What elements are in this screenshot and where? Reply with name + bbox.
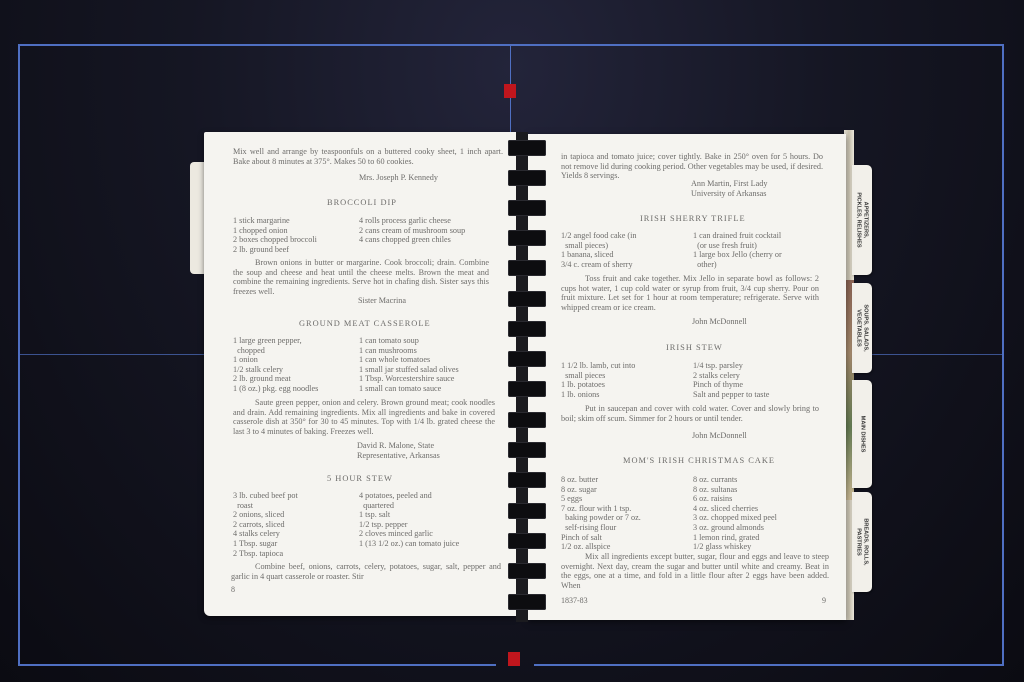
spiral-coil	[508, 230, 546, 246]
footer-code: 1837-83	[561, 596, 588, 606]
ingredient-list: 1 1/2 lb. lamb, cut into small pieces 1 …	[561, 361, 769, 399]
ingredient-list: 1 stick margarine 1 chopped onion 2 boxe…	[233, 216, 465, 254]
spiral-coil	[508, 200, 546, 216]
recipe-title: 5 HOUR STEW	[327, 474, 393, 484]
left-page: Mix well and arrange by teaspoonfuls on …	[204, 132, 516, 616]
recipe-title: IRISH SHERRY TRIFLE	[640, 214, 746, 224]
recipe-title: MOM'S IRISH CHRISTMAS CAKE	[623, 456, 775, 466]
recipe-signature: John McDonnell	[692, 317, 747, 327]
recipe-signature: Sister Macrina	[358, 296, 406, 306]
recipe-directions: Combine beef, onions, carrots, celery, p…	[231, 562, 501, 581]
scanner-guide-right	[1002, 44, 1004, 666]
scanner-guide-bottom-right	[534, 664, 1004, 666]
spiral-coil	[508, 442, 546, 458]
recipe-signature: John McDonnell	[692, 431, 747, 441]
scanner-guide-left	[18, 44, 20, 666]
spiral-coil	[508, 563, 546, 579]
ingredient-list: 8 oz. butter 8 oz. sugar 5 eggs 7 oz. fl…	[561, 475, 777, 552]
recipe-directions: Toss fruit and cake together. Mix Jello …	[561, 274, 819, 312]
spiral-coil	[508, 351, 546, 367]
scanner-center-line	[510, 98, 511, 132]
spiral-coil	[508, 503, 546, 519]
center-marker-bottom	[508, 652, 520, 666]
scanner-guide-top	[18, 44, 1004, 46]
intro-signature: Mrs. Joseph P. Kennedy	[359, 173, 438, 183]
spiral-coil	[508, 594, 546, 610]
spiral-coil	[508, 412, 546, 428]
spiral-coil	[508, 140, 546, 156]
page-number: 9	[822, 596, 826, 606]
center-marker-top	[504, 84, 516, 98]
recipe-title: BROCCOLI DIP	[327, 198, 397, 208]
scanner-guide-bottom-left	[18, 664, 496, 666]
page-number: 8	[231, 585, 235, 595]
spiral-coil	[508, 533, 546, 549]
ingredient-list: 1 large green pepper, chopped 1 onion 1/…	[233, 336, 459, 394]
recipe-directions: Put in saucepan and cover with cold wate…	[561, 404, 819, 423]
recipe-directions: Mix all ingredients except butter, sugar…	[561, 552, 829, 590]
continued-signature: Ann Martin, First Lady University of Ark…	[691, 179, 767, 198]
recipe-signature: David R. Malone, State Representative, A…	[357, 441, 440, 460]
right-page: in tapioca and tomato juice; cover tight…	[528, 134, 846, 620]
section-tab-breads[interactable]: BREADS, ROLLS, PASTRIES	[852, 492, 872, 592]
scanner-horizontal-guide-left	[20, 354, 204, 355]
section-tab-soups[interactable]: SOUPS, SALADS, VEGETABLES	[852, 283, 872, 373]
continued-text: in tapioca and tomato juice; cover tight…	[561, 152, 823, 181]
recipe-title: IRISH STEW	[666, 343, 723, 353]
ingredient-list: 1/2 angel food cake (in small pieces) 1 …	[561, 231, 782, 269]
spiral-coil	[508, 472, 546, 488]
ingredient-list: 3 lb. cubed beef pot roast 2 onions, sli…	[233, 491, 459, 558]
section-tab-appetizers[interactable]: APPETIZERS, PICKLES, RELISHES	[852, 165, 872, 275]
recipe-title: GROUND MEAT CASSEROLE	[299, 319, 431, 329]
intro-text: Mix well and arrange by teaspoonfuls on …	[233, 147, 503, 166]
spiral-coil	[508, 260, 546, 276]
spiral-coil	[508, 291, 546, 307]
recipe-directions: Brown onions in butter or margarine. Coo…	[233, 258, 489, 296]
scanner-center-line	[510, 46, 511, 86]
scanner-horizontal-guide-right	[854, 354, 1002, 355]
section-tab-main-dishes[interactable]: MAIN DISHES	[852, 380, 872, 488]
spiral-coil	[508, 381, 546, 397]
spiral-coil	[508, 321, 546, 337]
recipe-directions: Saute green pepper, onion and celery. Br…	[233, 398, 495, 436]
spiral-coil	[508, 170, 546, 186]
